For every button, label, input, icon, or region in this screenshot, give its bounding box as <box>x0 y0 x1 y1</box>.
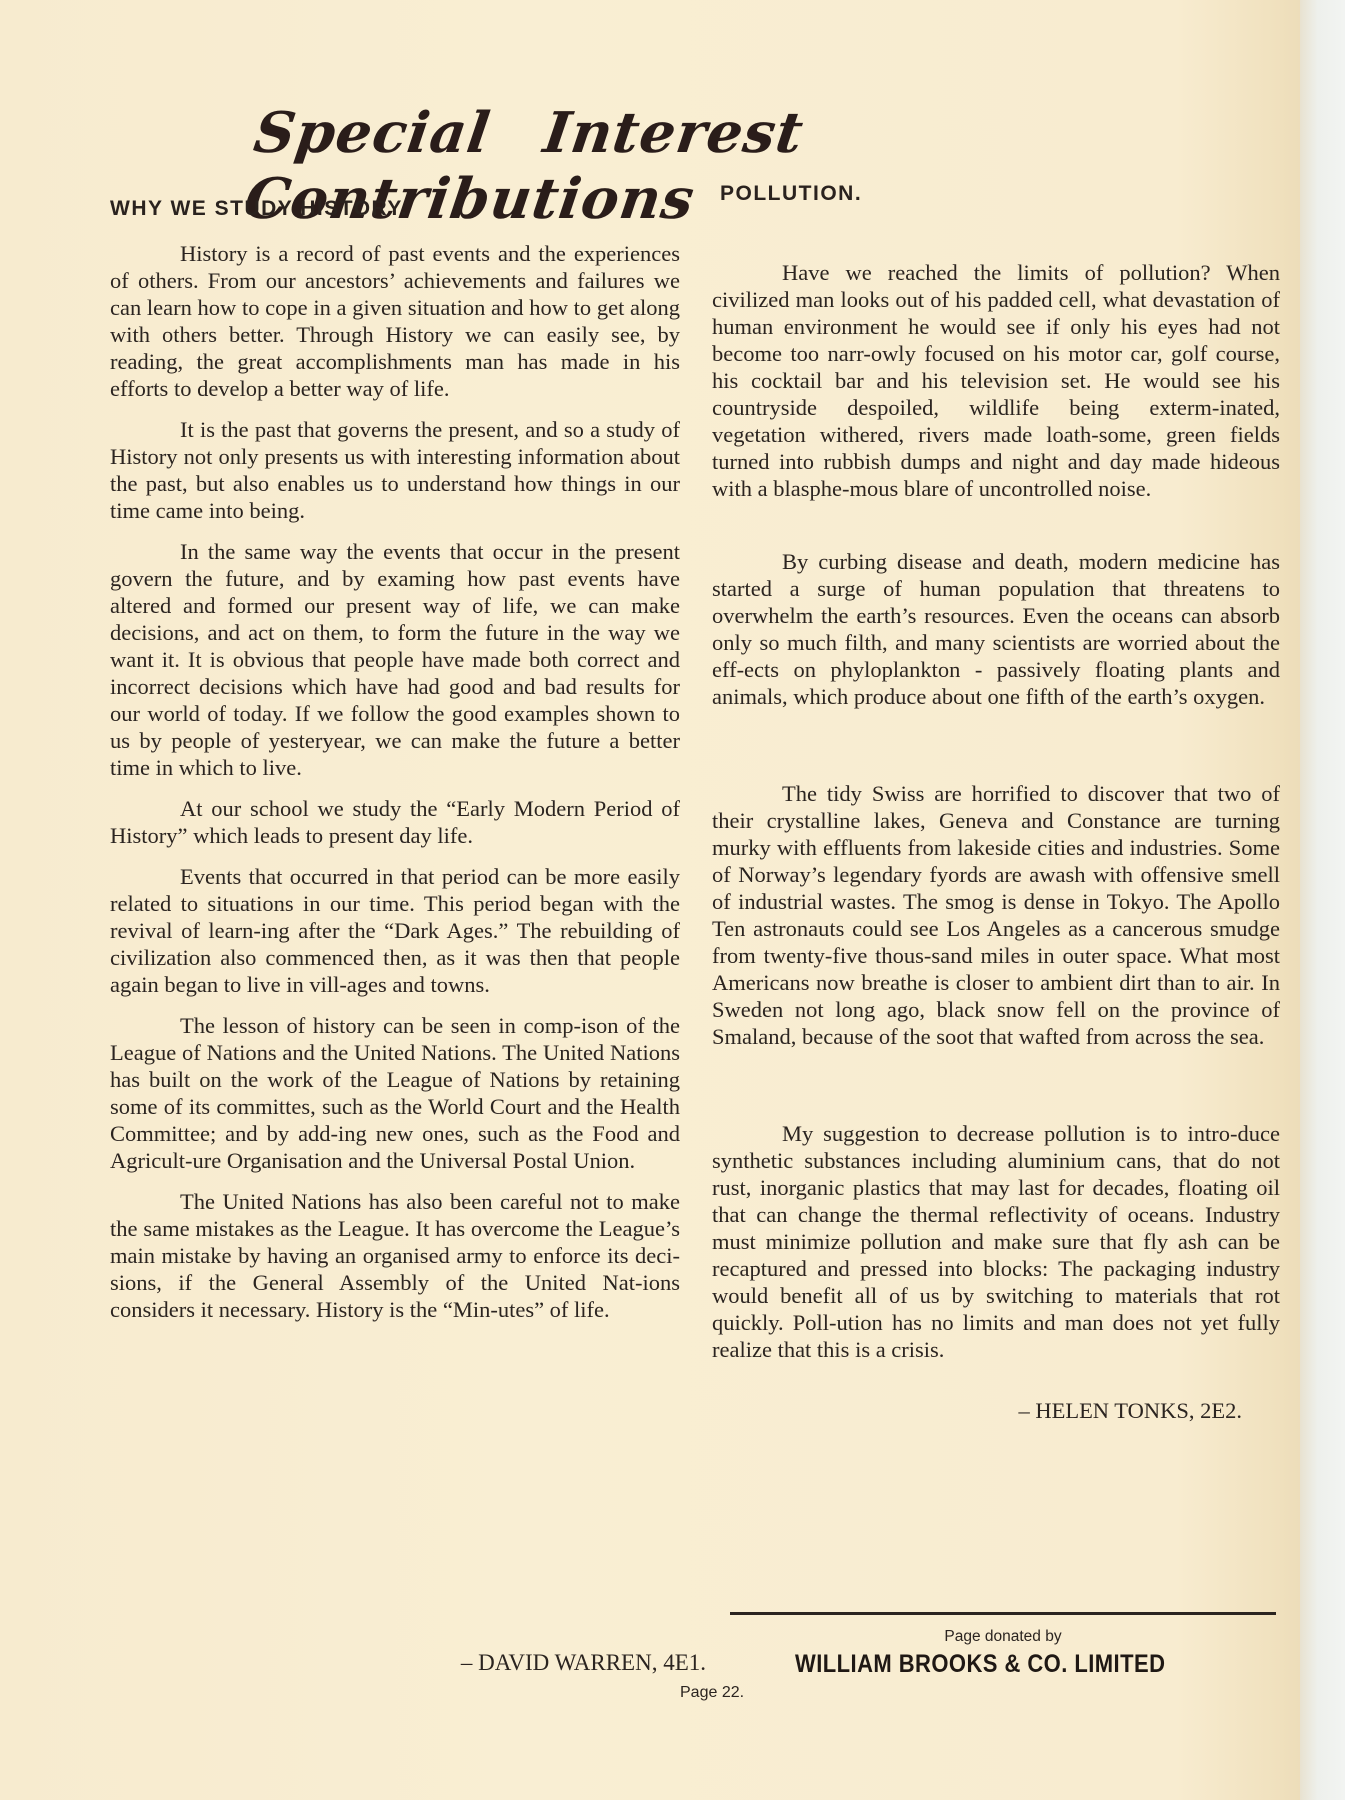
author-signature-right: – HELEN TONKS, 2E2. <box>712 1397 1280 1424</box>
article-paragraph: It is the past that governs the present,… <box>110 416 680 524</box>
article-paragraph: The United Nations has also been careful… <box>110 1188 680 1323</box>
sponsor-name: WILLIAM BROOKS & CO. LIMITED <box>795 1650 1165 1679</box>
article-paragraph: My suggestion to decrease pollution is t… <box>712 1120 1280 1363</box>
article-paragraph: In the same way the events that occur in… <box>110 538 680 781</box>
divider-rule <box>730 1612 1276 1615</box>
article-paragraph: The tidy Swiss are horrified to discover… <box>712 780 1280 1050</box>
article-paragraph: History is a record of past events and t… <box>110 240 680 402</box>
magazine-page: Special Interest Contributions WHY WE ST… <box>0 0 1306 1800</box>
page-number: Page 22. <box>680 1684 744 1702</box>
article-why-we-study-history: WHY WE STUDY HISTORY. History is a recor… <box>110 195 680 1337</box>
article-pollution: POLLUTION. Have we reached the limits of… <box>712 180 1280 1424</box>
article-paragraph: Events that occurred in that period can … <box>110 863 680 998</box>
page-edge-shadow <box>1300 0 1345 1800</box>
article-heading: WHY WE STUDY HISTORY. <box>110 195 680 222</box>
article-paragraph: By curbing disease and death, modern med… <box>712 548 1280 710</box>
article-heading: POLLUTION. <box>720 180 1280 207</box>
donated-by-label: Page donated by <box>730 1628 1276 1646</box>
author-signature-left: – DAVID WARREN, 4E1. <box>380 1650 706 1676</box>
article-paragraph: At our school we study the “Early Modern… <box>110 795 680 849</box>
article-paragraph: The lesson of history can be seen in com… <box>110 1012 680 1174</box>
article-paragraph: Have we reached the limits of pollution?… <box>712 259 1280 502</box>
